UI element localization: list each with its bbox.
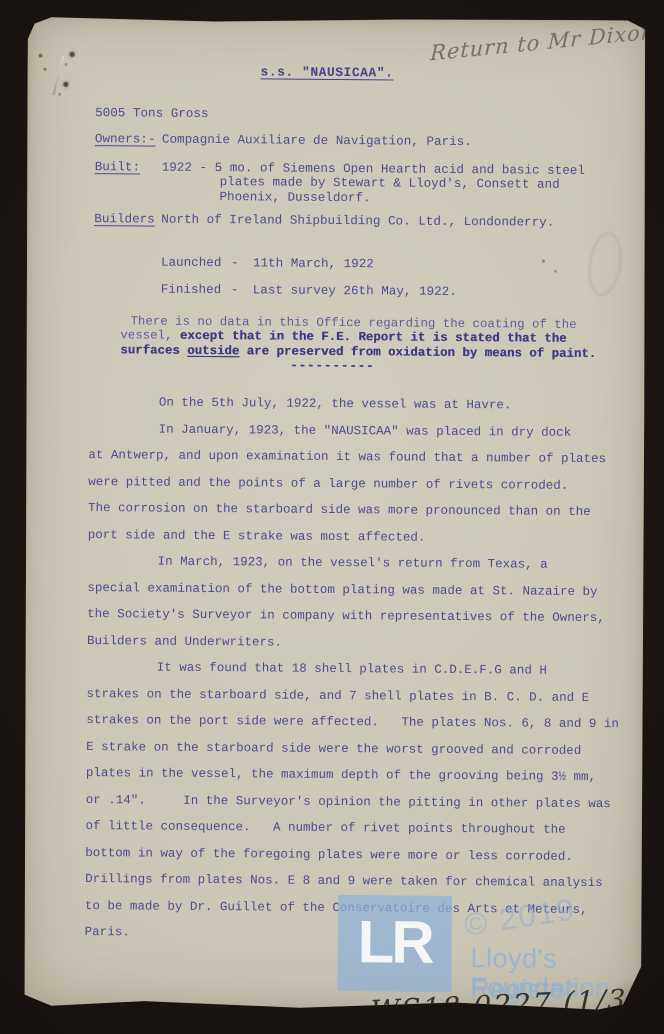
paper-stain <box>542 260 545 263</box>
field-row: Built:1922 - 5 mo. of Siemens Open Heart… <box>94 160 585 207</box>
document-title: s.s. "NAUSICAA". <box>16 62 637 82</box>
body-line: On the 5th July, 1922, the vessel was at… <box>89 389 634 420</box>
staple-hole <box>70 52 75 57</box>
schedule-label: Launched <box>161 250 231 277</box>
paragraph: In January, 1923, the "NAUSICAA" was pla… <box>88 416 634 553</box>
schedule-lines: Launched-11th March, 1922Finished-Last s… <box>161 250 457 305</box>
field-value: 1922 - 5 mo. of Siemens Open Hearth acid… <box>161 160 585 207</box>
field-row: Owners:-Compagnie Auxiliare de Navigatio… <box>95 132 585 150</box>
schedule-row: Launched-11th March, 1922 <box>161 250 457 279</box>
schedule-dash: - <box>231 277 253 304</box>
notice-segment: outside <box>187 344 239 358</box>
body-line: strakes on the port side were affected. … <box>86 707 631 738</box>
body-line: plates in the vessel, the maximum depth … <box>86 760 631 791</box>
schedule-row: Finished-Last survey 26th May, 1922. <box>161 276 457 305</box>
body-line: In March, 1923, on the vessel's return f… <box>88 548 633 579</box>
paragraph: On the 5th July, 1922, the vessel was at… <box>89 389 634 420</box>
field-label: Owners:- <box>95 132 162 147</box>
schedule-value: 11th March, 1922 <box>253 256 374 271</box>
staple-hole <box>63 82 68 87</box>
paragraph: It was found that 18 shell plates in C.D… <box>85 654 632 950</box>
notice-segment: vessel, <box>120 329 180 343</box>
paper-stain <box>554 270 557 273</box>
field-value-line: North of Ireland Shipbuilding Co. Ltd., … <box>161 213 554 231</box>
corner-fold-shadow <box>581 962 641 1012</box>
notice-segment: surfaces <box>120 343 187 358</box>
body-line: of little consequence. A number of rivet… <box>85 813 630 844</box>
body-line: at Antwerp, and upon examination it was … <box>88 442 633 473</box>
field-value: Compagnie Auxiliare de Navigation, Paris… <box>162 133 472 150</box>
schedule-value: Last survey 26th May, 1922. <box>253 283 457 299</box>
body-line: Drillings from plates Nos. E 8 and 9 wer… <box>85 866 630 897</box>
pencil-note-handwritten: Return to Mr Dixon <box>430 18 664 65</box>
coating-notice: There is no data in this Office regardin… <box>120 314 596 361</box>
paper-stain <box>39 54 43 58</box>
body-line: It was found that 18 shell plates in C.D… <box>87 654 632 685</box>
body-line: Paris. <box>85 919 630 950</box>
emboss-mark <box>584 230 625 298</box>
field-value-line: Compagnie Auxiliare de Navigation, Paris… <box>162 133 472 150</box>
body-line: The corrosion on the starboard side was … <box>88 495 633 526</box>
paragraph: In March, 1923, on the vessel's return f… <box>87 548 633 658</box>
paper-stain <box>43 68 46 71</box>
schedule-dash: - <box>231 250 253 277</box>
field-row: BuildersNorth of Ireland Shipbuilding Co… <box>94 212 584 230</box>
body-text: On the 5th July, 1922, the vessel was at… <box>85 389 634 950</box>
body-line: to be made by Dr. Guillet of the Conserv… <box>85 893 630 924</box>
field-label: Builders <box>94 212 161 227</box>
document-page: Return to Mr Dixon s.s. "NAUSICAA". 5005… <box>20 16 649 1013</box>
photo-background: Return to Mr Dixon s.s. "NAUSICAA". 5005… <box>0 0 664 1034</box>
tonnage-line: 5005 Tons Gross <box>95 106 208 121</box>
field-label: Built: <box>95 160 162 175</box>
header-fields: Owners:-Compagnie Auxiliare de Navigatio… <box>94 132 585 230</box>
schedule-label: Finished <box>161 276 231 303</box>
notice-divider: ---------- <box>290 359 374 374</box>
field-value: North of Ireland Shipbuilding Co. Ltd., … <box>161 213 554 231</box>
body-line: the Society's Surveyor in company with r… <box>87 601 632 632</box>
